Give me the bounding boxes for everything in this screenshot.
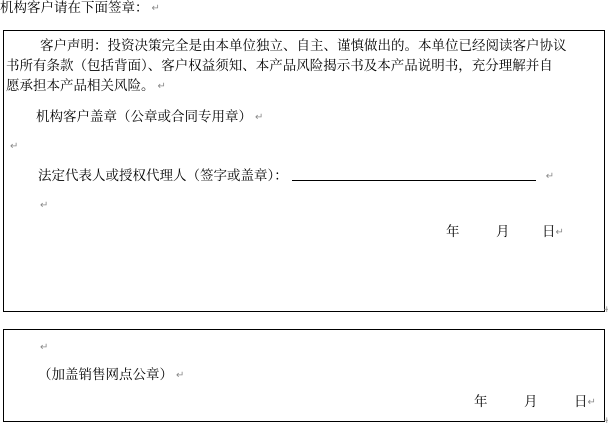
cell-end-mark-icon: + bbox=[603, 306, 608, 315]
sign-instruction: 机构客户请在下面签章：↵ bbox=[0, 0, 160, 17]
paragraph-mark-icon: ↵ bbox=[152, 3, 160, 14]
date-year: 年 bbox=[446, 224, 496, 240]
paragraph-mark-icon: ↵ bbox=[546, 171, 554, 182]
paragraph-mark-icon: ↵ bbox=[588, 397, 596, 408]
date-month: 月 bbox=[496, 224, 542, 240]
sales-seal-text: （加盖销售网点公章） bbox=[38, 367, 173, 383]
signature-field[interactable] bbox=[292, 168, 536, 181]
paragraph-mark-icon: ↵ bbox=[40, 200, 48, 211]
empty-paragraph: ↵ bbox=[10, 138, 18, 155]
paragraph-mark-icon: ↵ bbox=[40, 342, 48, 353]
paragraph-mark-icon: ↵ bbox=[158, 81, 166, 92]
paragraph-mark-icon: ↵ bbox=[255, 112, 263, 123]
signature-row: 法定代表人或授权代理人（签字或盖章）：↵ bbox=[38, 168, 554, 185]
customer-date-row: 年月日↵ bbox=[446, 224, 564, 241]
cell-end-mark-icon: + bbox=[603, 417, 608, 426]
customer-signature-box: 客户声明：投资决策完全是由本单位独立、自主、谨慎做出的。本单位已经阅读客户协议 … bbox=[3, 30, 605, 312]
sales-outlet-box: ↵ （加盖销售网点公章）↵ 年月日↵ bbox=[3, 329, 605, 422]
statement-line-1: 客户声明：投资决策完全是由本单位独立、自主、谨慎做出的。本单位已经阅读客户协议 bbox=[40, 38, 567, 54]
statement-line-2: 书所有条款（包括背面）、客户权益须知、本产品风险揭示书及本产品说明书，充分理解并… bbox=[6, 58, 553, 74]
date-month: 月 bbox=[524, 394, 574, 410]
date-day: 日 bbox=[542, 224, 556, 240]
sign-instruction-text: 机构客户请在下面签章： bbox=[0, 0, 149, 16]
statement-text: 愿承担本产品相关风险。 bbox=[6, 78, 155, 94]
sales-date-row: 年月日↵ bbox=[474, 394, 596, 411]
signature-label: 法定代表人或授权代理人（签字或盖章）： bbox=[38, 168, 288, 184]
seal-label-text: 机构客户盖章（公章或合同专用章） bbox=[36, 109, 252, 125]
statement-line-3: 愿承担本产品相关风险。↵ bbox=[6, 78, 166, 95]
statement-text: 客户声明：投资决策完全是由本单位独立、自主、谨慎做出的。本单位已经阅读客户协议 bbox=[40, 38, 567, 54]
empty-paragraph: ↵ bbox=[40, 197, 48, 214]
paragraph-mark-icon: ↵ bbox=[556, 227, 564, 238]
statement-text: 书所有条款（包括背面）、客户权益须知、本产品风险揭示书及本产品说明书，充分理解并… bbox=[6, 58, 553, 74]
empty-paragraph: ↵ bbox=[40, 339, 48, 356]
paragraph-mark-icon: ↵ bbox=[10, 141, 18, 152]
customer-seal-label: 机构客户盖章（公章或合同专用章）↵ bbox=[36, 109, 263, 126]
date-year: 年 bbox=[474, 394, 524, 410]
sales-seal-label: （加盖销售网点公章）↵ bbox=[38, 367, 184, 384]
paragraph-mark-icon: ↵ bbox=[176, 370, 184, 381]
date-day: 日 bbox=[574, 394, 588, 410]
